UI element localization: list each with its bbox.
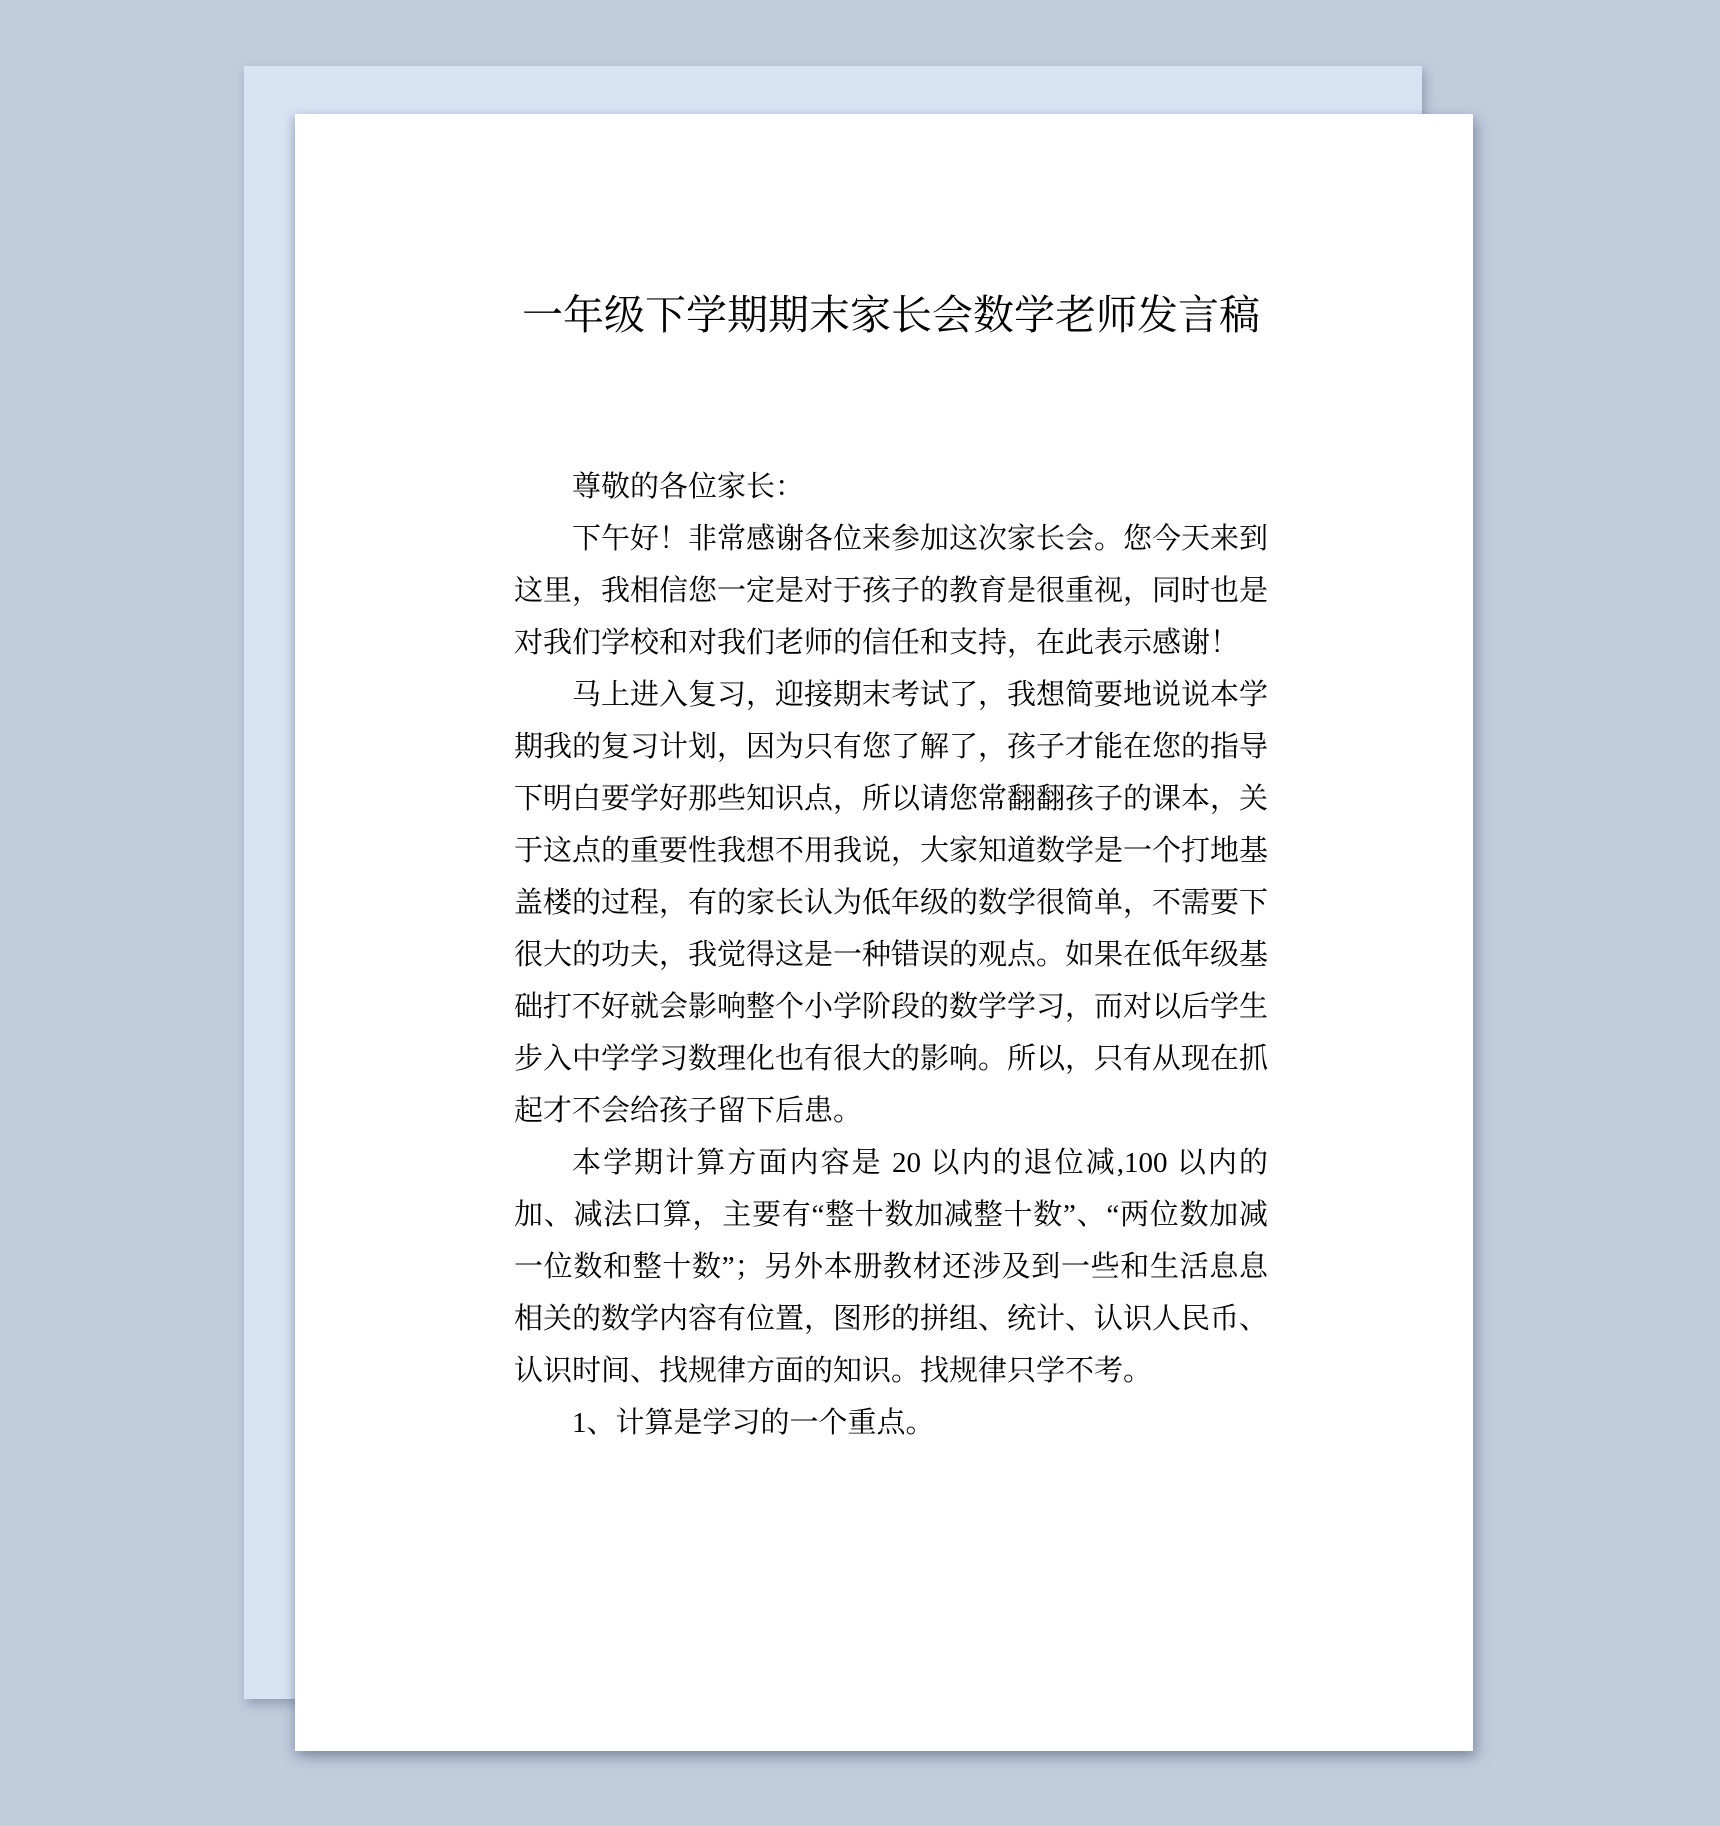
paragraph: 马上进入复习，迎接期末考试了，我想简要地说说本学期我的复习计划，因为只有您了解了… [514, 669, 1268, 1137]
paragraph: 下午好！非常感谢各位来参加这次家长会。您今天来到这里，我相信您一定是对于孩子的教… [514, 513, 1268, 669]
paragraph: 本学期计算方面内容是 20 以内的退位减,100 以内的加、减法口算，主要有“整… [514, 1137, 1268, 1397]
document-body: 尊敬的各位家长： 下午好！非常感谢各位来参加这次家长会。您今天来到这里，我相信您… [514, 461, 1268, 1449]
page-title: 一年级下学期期末家长会数学老师发言稿 [514, 287, 1268, 344]
document-page: 一年级下学期期末家长会数学老师发言稿 尊敬的各位家长： 下午好！非常感谢各位来参… [295, 114, 1473, 1751]
page-content: 一年级下学期期末家长会数学老师发言稿 尊敬的各位家长： 下午好！非常感谢各位来参… [295, 114, 1473, 1449]
salutation-paragraph: 尊敬的各位家长： [514, 461, 1268, 513]
list-item-paragraph: 1、计算是学习的一个重点。 [514, 1397, 1268, 1449]
